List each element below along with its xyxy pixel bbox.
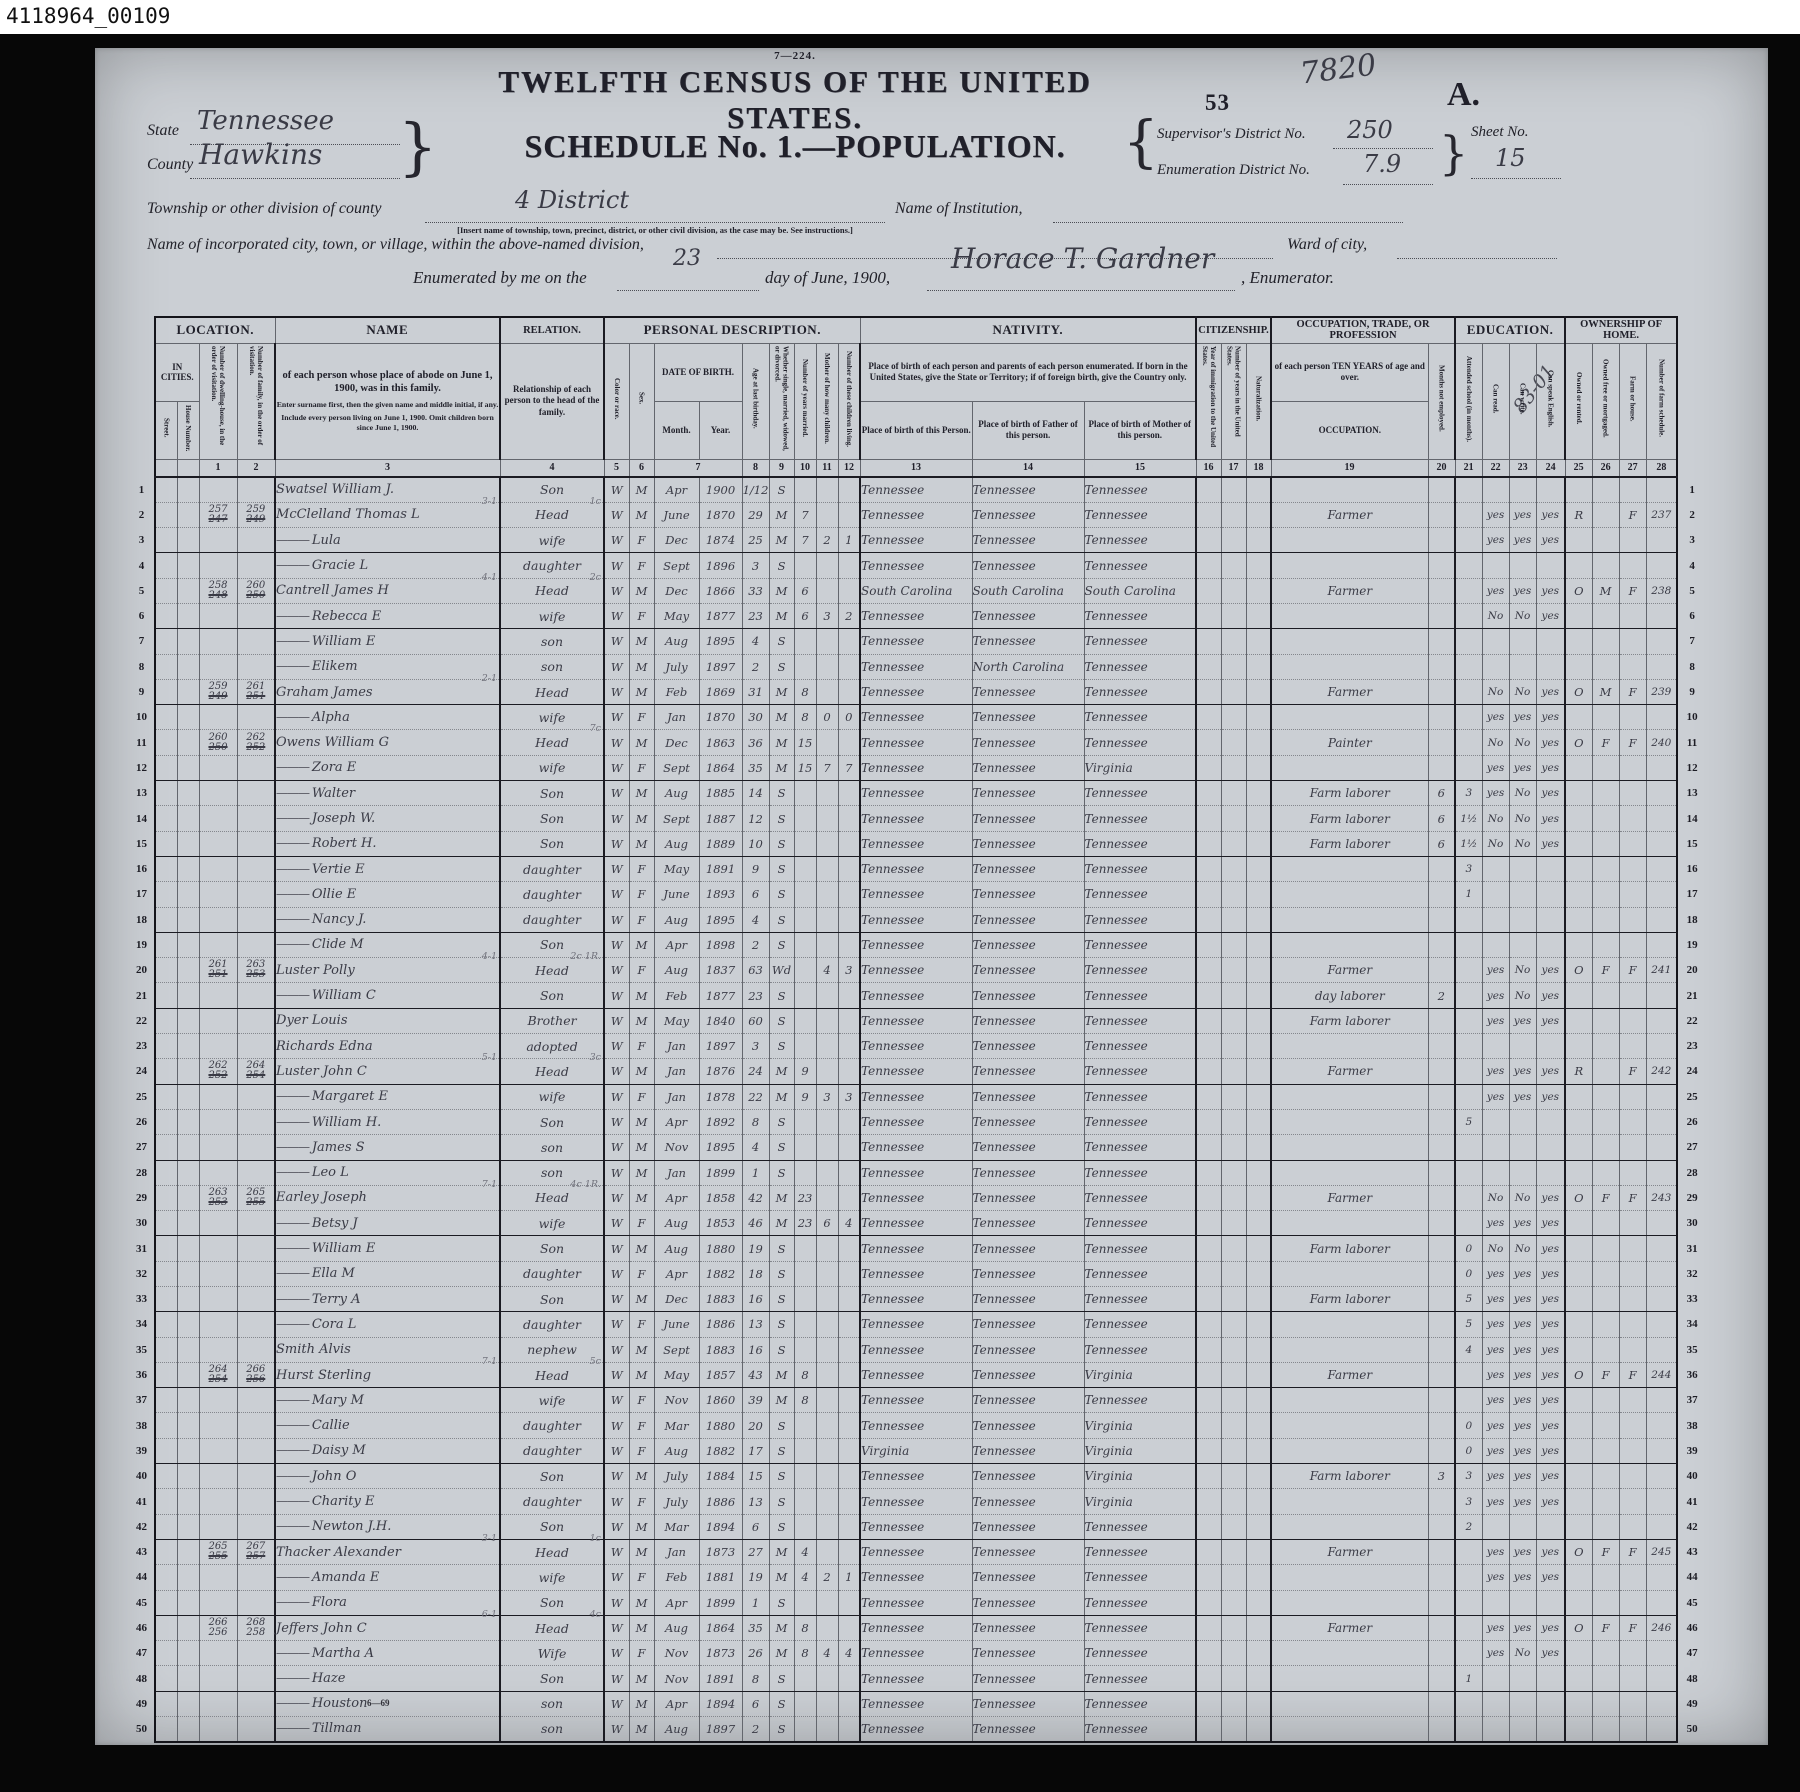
occupation: Farm laborer [1271,1287,1428,1312]
race: W [604,578,629,603]
owned-or-rented: O [1565,1539,1592,1564]
house-number [177,1388,199,1413]
street [155,1287,177,1312]
race: W [604,603,629,628]
children-living [838,1059,860,1084]
column-number: 12 [838,459,860,477]
marital-status: S [769,1464,794,1489]
row-num-right: 21 [1677,983,1706,1008]
dwelling-number [199,1691,237,1716]
years-married: 8 [794,705,816,730]
naturalization [1246,831,1271,856]
table-row: 5258248260250Cantrell James H4-1Head2cWM… [129,578,1706,603]
sex: F [629,1413,654,1438]
immigration-year [1196,755,1221,780]
table-row: 20261251263253Luster Polly4-1Head2c 1R.W… [129,958,1706,983]
relation: wife [500,1565,604,1590]
farm-schedule-number: 245 [1646,1539,1677,1564]
birthplace-mother: Tennessee [1084,1641,1196,1666]
name: ——— Charity E [275,1489,500,1514]
relation: Son [500,1464,604,1489]
farm-schedule-number [1646,1691,1677,1716]
naturalization [1246,553,1271,578]
owned-or-rented [1565,856,1592,881]
birthplace-father: Tennessee [972,553,1084,578]
dwelling-number [199,603,237,628]
years-married: 8 [794,1615,816,1640]
farm-schedule-number [1646,932,1677,957]
mother-of-children [816,1337,838,1362]
birth-month: Apr [654,932,699,957]
relation: Son [500,806,604,831]
table-row: 3——— LulawifeWFDec187425M721TennesseeTen… [129,528,1706,553]
children-living [838,1388,860,1413]
row-num-right: 19 [1677,932,1706,957]
table-row: 15——— Robert H.SonWMAug188910STennesseeT… [129,831,1706,856]
house-number [177,755,199,780]
months-not-employed: 2 [1428,983,1455,1008]
family-number [237,1109,275,1134]
immigration-year [1196,1312,1221,1337]
row-num-left: 11 [129,730,155,755]
mother-of-children: 3 [816,603,838,628]
handwritten-number: 7820 [1298,47,1378,91]
farm-or-house [1619,1717,1646,1742]
relation: daughter [500,907,604,932]
birthplace-person: Tennessee [860,1312,972,1337]
occupation [1271,856,1428,881]
naturalization [1246,1211,1271,1236]
family-number [237,1717,275,1742]
marital-status: M [769,1641,794,1666]
marital-status: M [769,1211,794,1236]
name: ——— Joseph W. [275,806,500,831]
attended-school [1455,1539,1482,1564]
dwelling-number [199,1464,237,1489]
birth-year: 1894 [699,1691,742,1716]
birthplace-person: Tennessee [860,1135,972,1160]
birthplace-person: Tennessee [860,1362,972,1387]
children-living [838,932,860,957]
years-married [794,1008,816,1033]
months-not-employed [1428,1287,1455,1312]
race: W [604,679,629,704]
table-row: 35Smith AlvisnephewWMSept188316STennesse… [129,1337,1706,1362]
immigration-year [1196,1641,1221,1666]
sex: M [629,578,654,603]
can-read: yes [1482,1362,1509,1387]
dwelling-number [199,1160,237,1185]
years-married: 8 [794,1641,816,1666]
immigration-year [1196,932,1221,957]
mother-of-children [816,1590,838,1615]
sex: M [629,1464,654,1489]
row-num-right: 36 [1677,1362,1706,1387]
family-number [237,1034,275,1059]
owned-or-rented [1565,932,1592,957]
header-color-race: Color or race. [604,343,629,459]
owned-or-rented [1565,528,1592,553]
attended-school [1455,705,1482,730]
free-or-mortgaged [1592,1312,1619,1337]
naturalization [1246,1413,1271,1438]
table-row: 27——— James SsonWMNov18954STennesseeTenn… [129,1135,1706,1160]
owned-or-rented [1565,1514,1592,1539]
birth-month: Jan [654,1084,699,1109]
children-living [838,553,860,578]
immigration-year [1196,1717,1221,1742]
row-num-left: 41 [129,1489,155,1514]
street [155,831,177,856]
birthplace-person: South Carolina [860,578,972,603]
attended-school [1455,1160,1482,1185]
owned-or-rented [1565,1160,1592,1185]
mother-of-children [816,983,838,1008]
birthplace-father: Tennessee [972,629,1084,654]
months-not-employed [1428,1615,1455,1640]
birthplace-mother: Tennessee [1084,502,1196,527]
can-write: No [1509,806,1536,831]
can-write: No [1509,1236,1536,1261]
sex: M [629,1337,654,1362]
family-number [237,1590,275,1615]
row-num-right: 44 [1677,1565,1706,1590]
free-or-mortgaged [1592,1565,1619,1590]
age: 19 [742,1565,769,1590]
dwelling-number [199,1641,237,1666]
name: ——— Alpha [275,705,500,730]
owned-or-rented [1565,1084,1592,1109]
children-living [838,1261,860,1286]
row-num-right: 5 [1677,578,1706,603]
column-number: 7 [654,459,742,477]
birthplace-mother: Tennessee [1084,1185,1196,1210]
row-num-left: 10 [129,705,155,730]
birthplace-mother: Tennessee [1084,1084,1196,1109]
years-in-us [1221,528,1246,553]
birthplace-person: Tennessee [860,882,972,907]
naturalization [1246,477,1271,502]
can-speak-english [1536,654,1565,679]
can-speak-english: yes [1536,958,1565,983]
owned-or-rented [1565,1489,1592,1514]
birthplace-father: Tennessee [972,477,1084,502]
naturalization [1246,603,1271,628]
can-speak-english [1536,882,1565,907]
name: ——— Lula [275,528,500,553]
birthplace-father: Tennessee [972,958,1084,983]
months-not-employed [1428,528,1455,553]
marital-status: S [769,983,794,1008]
can-speak-english [1536,1514,1565,1539]
farm-or-house [1619,1160,1646,1185]
dwelling-number [199,553,237,578]
table-row: 9259249261251Graham James2-1HeadWMFeb186… [129,679,1706,704]
can-read [1482,1034,1509,1059]
sex: F [629,958,654,983]
birthplace-father: Tennessee [972,1413,1084,1438]
years-in-us [1221,1185,1246,1210]
race: W [604,1337,629,1362]
relation: wife [500,1084,604,1109]
mother-of-children [816,1691,838,1716]
column-number: 23 [1509,459,1536,477]
birthplace-father: Tennessee [972,1287,1084,1312]
header-years-married: Number of years married. [794,343,816,459]
table-row: 40——— John OSonWMJuly188415STennesseeTen… [129,1464,1706,1489]
family-number: 268258 [237,1615,275,1640]
naturalization [1246,1691,1271,1716]
age: 2 [742,932,769,957]
years-married [794,654,816,679]
immigration-year [1196,477,1221,502]
free-or-mortgaged: F [1592,1539,1619,1564]
farm-or-house [1619,1034,1646,1059]
mother-of-children [816,1514,838,1539]
immigration-year [1196,629,1221,654]
family-number [237,1464,275,1489]
marital-status: S [769,477,794,502]
mother-of-children [816,502,838,527]
can-speak-english: yes [1536,578,1565,603]
occupation: Painter [1271,730,1428,755]
children-living [838,1438,860,1463]
birthplace-mother: Virginia [1084,1362,1196,1387]
owned-or-rented [1565,1337,1592,1362]
birth-month: Nov [654,1388,699,1413]
schedule-title: SCHEDULE No. 1.—POPULATION. [495,128,1095,165]
can-write: No [1509,983,1536,1008]
farm-schedule-number [1646,1464,1677,1489]
owned-or-rented: O [1565,578,1592,603]
occupation: Farm laborer [1271,806,1428,831]
birth-year: 1899 [699,1160,742,1185]
attended-school: 5 [1455,1109,1482,1134]
mother-of-children [816,1236,838,1261]
months-not-employed [1428,1034,1455,1059]
birthplace-father: Tennessee [972,1438,1084,1463]
birthplace-mother: Tennessee [1084,983,1196,1008]
farm-or-house [1619,882,1646,907]
birthplace-mother: Tennessee [1084,1514,1196,1539]
occupation [1271,1666,1428,1691]
can-read: yes [1482,1565,1509,1590]
immigration-year [1196,1109,1221,1134]
relation: wife [500,603,604,628]
house-number [177,882,199,907]
race: W [604,958,629,983]
race: W [604,730,629,755]
can-read: yes [1482,1641,1509,1666]
street [155,1185,177,1210]
age: 1 [742,1160,769,1185]
sex: F [629,1489,654,1514]
can-read [1482,654,1509,679]
years-married [794,1337,816,1362]
occupation [1271,1160,1428,1185]
race: W [604,477,629,502]
immigration-year [1196,1034,1221,1059]
can-write: No [1509,781,1536,806]
farm-or-house [1619,705,1646,730]
mother-of-children [816,1008,838,1033]
occupation: Farmer [1271,1539,1428,1564]
birthplace-person: Tennessee [860,932,972,957]
mother-of-children [816,1464,838,1489]
birthplace-person: Tennessee [860,1615,972,1640]
years-in-us [1221,856,1246,881]
can-speak-english [1536,1109,1565,1134]
supervisor-label: Supervisor's District No. [1157,126,1306,143]
relation: Son [500,831,604,856]
mother-of-children [816,1312,838,1337]
age: 24 [742,1059,769,1084]
children-living: 4 [838,1211,860,1236]
farm-schedule-number [1646,1261,1677,1286]
relation: daughter [500,1413,604,1438]
mother-of-children [816,1059,838,1084]
months-not-employed [1428,1008,1455,1033]
house-number [177,654,199,679]
relation: Head4c 1R. [500,1185,604,1210]
attended-school [1455,679,1482,704]
sex: M [629,831,654,856]
row-number-gutter-left [129,317,155,477]
can-speak-english [1536,477,1565,502]
years-in-us [1221,477,1246,502]
farm-schedule-number [1646,705,1677,730]
street [155,1590,177,1615]
table-row: 46266256268258Jeffers John C6-1Head4cWMA… [129,1615,1706,1640]
children-living [838,1615,860,1640]
birth-year: 1886 [699,1312,742,1337]
farm-or-house [1619,1312,1646,1337]
years-in-us [1221,679,1246,704]
age: 19 [742,1236,769,1261]
house-number [177,1211,199,1236]
immigration-year [1196,856,1221,881]
birthplace-father: Tennessee [972,781,1084,806]
column-number: 2 [237,459,275,477]
sex: M [629,1514,654,1539]
left-brace: } [398,110,437,183]
state-label: State [147,122,179,140]
birth-year: 1877 [699,603,742,628]
can-read: yes [1482,1438,1509,1463]
years-married [794,1438,816,1463]
house-number [177,1641,199,1666]
owned-or-rented [1565,1135,1592,1160]
free-or-mortgaged: F [1592,958,1619,983]
years-married [794,806,816,831]
can-write: No [1509,831,1536,856]
months-not-employed [1428,1261,1455,1286]
birth-year: 1858 [699,1185,742,1210]
occupation [1271,932,1428,957]
column-number: 3 [275,459,500,477]
can-read: yes [1482,578,1509,603]
birthplace-father: Tennessee [972,1641,1084,1666]
dwelling-number [199,654,237,679]
house-number [177,1464,199,1489]
immigration-year [1196,1337,1221,1362]
header-name-desc: of each person whose place of abode on J… [275,343,500,459]
years-in-us [1221,1109,1246,1134]
years-married: 15 [794,755,816,780]
months-not-employed [1428,1514,1455,1539]
name: ——— Elikem [275,654,500,679]
house-number [177,1590,199,1615]
farm-or-house [1619,1388,1646,1413]
row-num-right: 20 [1677,958,1706,983]
farm-schedule-number: 246 [1646,1615,1677,1640]
owned-or-rented [1565,1666,1592,1691]
years-in-us [1221,502,1246,527]
years-married [794,781,816,806]
children-living: 1 [838,528,860,553]
row-num-right: 38 [1677,1413,1706,1438]
age: 13 [742,1312,769,1337]
birthplace-father: Tennessee [972,1185,1084,1210]
row-num-right: 46 [1677,1615,1706,1640]
birth-year: 1863 [699,730,742,755]
street [155,1236,177,1261]
birthplace-person: Tennessee [860,1008,972,1033]
marital-status: S [769,1666,794,1691]
dwelling-number [199,1388,237,1413]
naturalization [1246,528,1271,553]
row-num-left: 37 [129,1388,155,1413]
name: Jeffers John C6-1 [275,1615,500,1640]
header-mother-of-children: Mother of how many children. [816,343,838,459]
years-married [794,907,816,932]
years-married [794,932,816,957]
relation: daughter [500,882,604,907]
marital-status: M [769,1362,794,1387]
birth-month: Jan [654,1059,699,1084]
column-number: 4 [500,459,604,477]
sex: M [629,477,654,502]
owned-or-rented [1565,1034,1592,1059]
owned-or-rented: R [1565,1059,1592,1084]
scan-id-label: 4118964_00109 [6,4,170,28]
children-living [838,502,860,527]
immigration-year [1196,553,1221,578]
can-speak-english: yes [1536,1287,1565,1312]
family-number [237,1135,275,1160]
years-in-us [1221,781,1246,806]
age: 31 [742,679,769,704]
name: ——— Terry A [275,1287,500,1312]
relation: daughter [500,1312,604,1337]
birthplace-father: Tennessee [972,502,1084,527]
birthplace-person: Tennessee [860,1261,972,1286]
farm-or-house [1619,1084,1646,1109]
marital-status: M [769,679,794,704]
birthplace-mother: Tennessee [1084,1312,1196,1337]
owned-or-rented [1565,1236,1592,1261]
years-in-us [1221,1337,1246,1362]
farm-schedule-number [1646,1084,1677,1109]
children-living [838,1185,860,1210]
can-read: No [1482,730,1509,755]
years-married [794,1109,816,1134]
birth-month: Dec [654,1287,699,1312]
relation: wife [500,705,604,730]
race: W [604,1539,629,1564]
farm-schedule-number: 241 [1646,958,1677,983]
birthplace-person: Tennessee [860,1059,972,1084]
